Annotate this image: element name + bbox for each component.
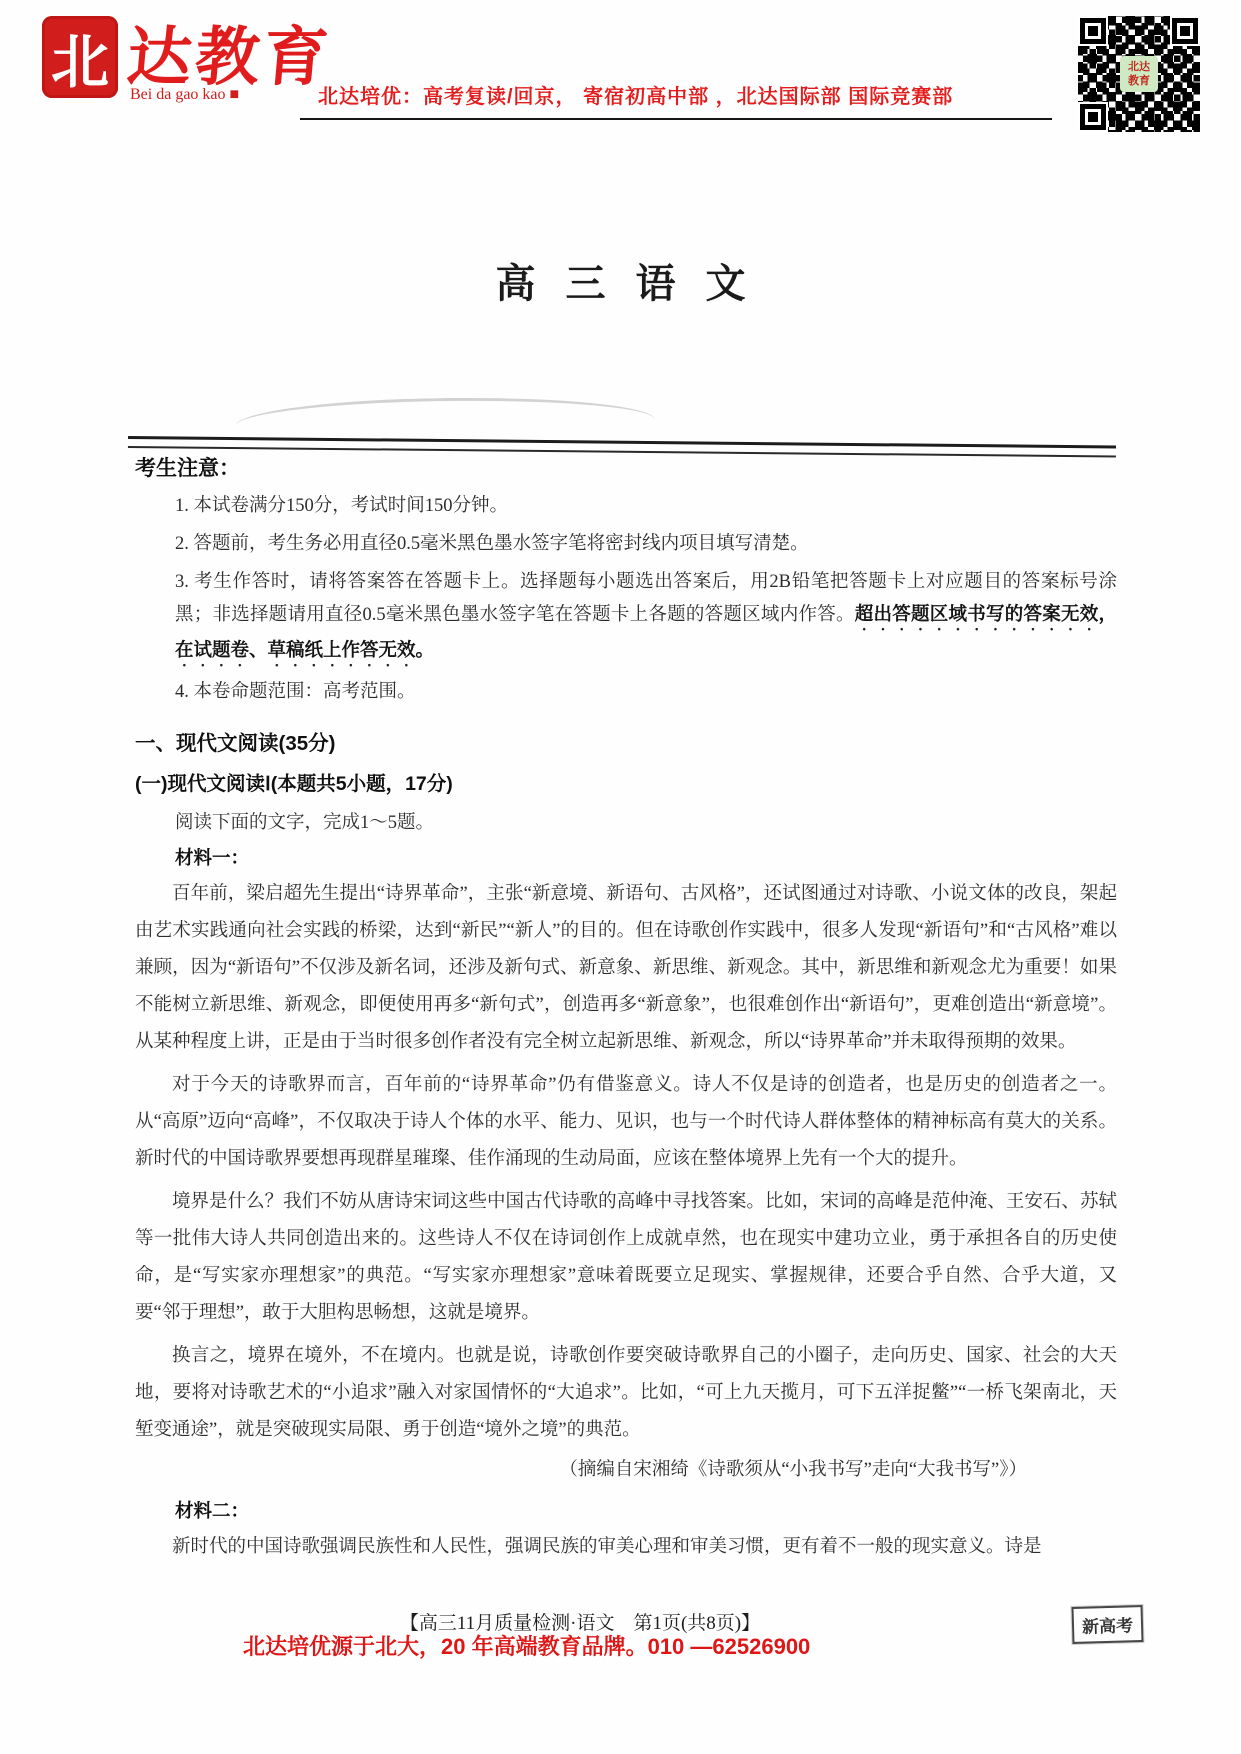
material-1-citation: （摘编自宋湘绮《诗歌须从“小我书写”走向“大我书写”》） <box>135 1453 1027 1487</box>
exam-body: 考生注意： 1. 本试卷满分150分，考试时间150分钟。 2. 答题前，考生务… <box>135 452 1117 1566</box>
material-2-label: 材料二： <box>175 1497 1117 1523</box>
scan-smudge-artifact <box>235 394 656 432</box>
material-1-paragraph: 百年前，梁启超先生提出“诗界革命”，主张“新意境、新语句、古风格”，还试图通过对… <box>135 876 1117 1061</box>
qr-finder-icon <box>1172 18 1198 44</box>
page-title: 高三语文 <box>0 252 1241 309</box>
notice-heading: 考生注意： <box>135 452 1117 482</box>
reading-instruction: 阅读下面的文字，完成1～5题。 <box>175 808 1117 834</box>
notice-item-1: 1. 本试卷满分150分，考试时间150分钟。 <box>175 490 1117 522</box>
qr-center-label: 北达教育 <box>1120 56 1158 92</box>
notice-list: 1. 本试卷满分150分，考试时间150分钟。 2. 答题前，考生务必用直径0.… <box>175 490 1117 708</box>
qr-code: 北达教育 <box>1078 16 1200 132</box>
material-1-paragraph: 换言之，境界在境外，不在境内。也就是说，诗歌创作要突破诗歌界自己的小圈子，走向历… <box>135 1338 1117 1449</box>
material-1-paragraph: 境界是什么？我们不妨从唐诗宋词这些中国古代诗歌的高峰中寻找答案。比如，宋词的高峰… <box>135 1184 1117 1332</box>
subsection-heading: (一)现代文阅读Ⅰ(本题共5小题，17分) <box>135 768 1117 796</box>
header-divider <box>300 118 1052 120</box>
beida-logo-seal: 北 <box>42 16 118 98</box>
material-1-label: 材料一： <box>175 844 1117 870</box>
notice-item-4: 4. 本卷命题范围：高考范围。 <box>175 676 1117 708</box>
qr-finder-icon <box>1080 18 1106 44</box>
notice-item-2: 2. 答题前，考生务必用直径0.5毫米黑色墨水签字笔将密封线内项目填写清楚。 <box>175 528 1117 560</box>
new-gaokao-stamp: 新高考 <box>1071 1605 1143 1644</box>
footer-promo-text: 北达培优源于北大，20 年高端教育品牌。010 —62526900 <box>243 1630 810 1661</box>
header-promo-text: 北达培优：高考复读/回京， 寄宿初高中部 ，北达国际部 国际竞赛部 <box>318 80 1058 109</box>
qr-label-text: 北达教育 <box>1127 60 1151 89</box>
material-2-paragraph: 新时代的中国诗歌强调民族性和人民性，强调民族的审美心理和审美习惯，更有着不一般的… <box>135 1529 1117 1566</box>
material-1-paragraph: 对于今天的诗歌界而言，百年前的“诗界革命”仍有借鉴意义。诗人不仅是诗的创造者，也… <box>135 1067 1117 1178</box>
section-heading-modern-reading: 一、现代文阅读(35分) <box>135 726 1117 756</box>
qr-finder-icon <box>1080 104 1106 130</box>
logo-subtitle: Bei da gao kao ■ <box>130 86 239 104</box>
exam-paper-page: 北 达教育 Bei da gao kao ■ 北达培优：高考复读/回京， 寄宿初… <box>0 0 1241 1754</box>
notice-item-3: 3. 考生作答时，请将答案答在答题卡上。选择题每小题选出答案后，用2B铅笔把答题… <box>175 566 1117 670</box>
